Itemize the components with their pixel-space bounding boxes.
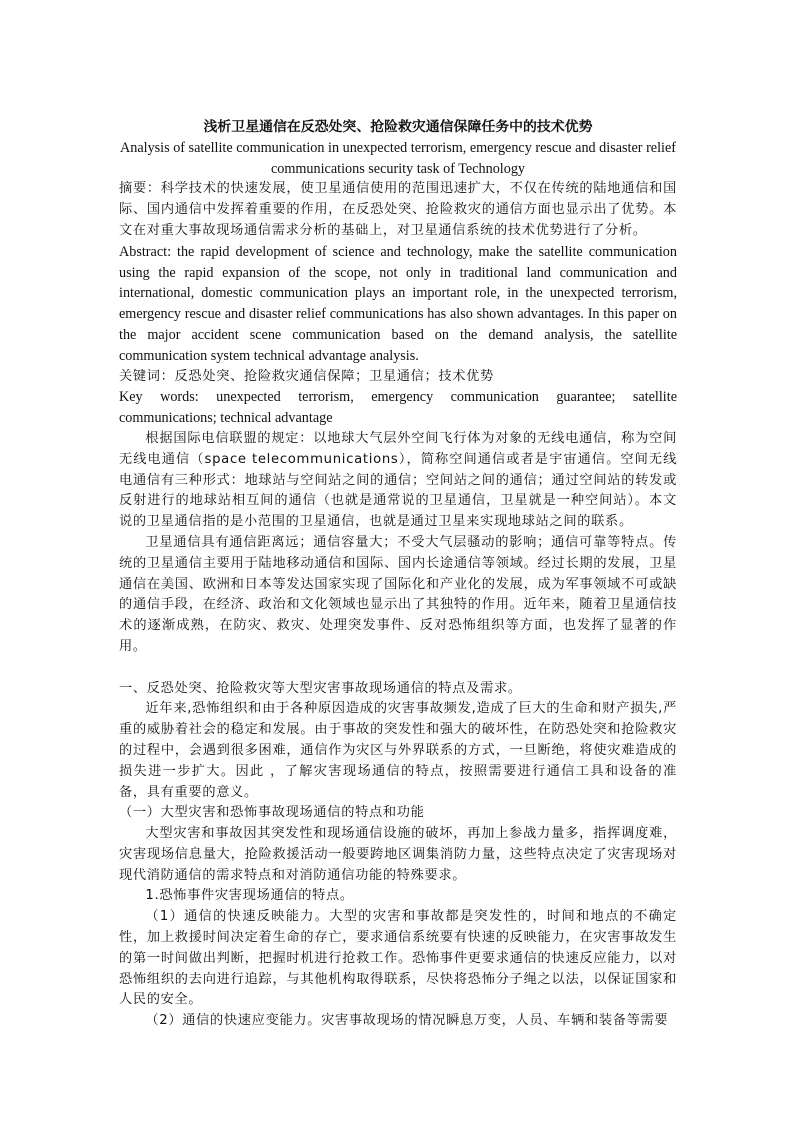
body-paragraph: 卫星通信具有通信距离远；通信容量大；不受大气层骚动的影响；通信可靠等特点。传统的… [119,533,677,658]
subsection-heading: （一）大型灾害和恐怖事故现场通信的特点和功能 [119,803,677,824]
list-item: （2）通信的快速应变能力。灾害事故现场的情况瞬息万变，人员、车辆和装备等需要 [119,1011,677,1032]
title-en: Analysis of satellite communication in u… [119,138,677,180]
item-heading: 1.恐怖事件灾害现场通信的特点。 [119,886,677,907]
body-paragraph: 根据国际电信联盟的规定：以地球大气层外空间飞行体为对象的无线电通信，称为空间无线… [119,429,677,533]
keywords-cn: 关键词：反恐处突、抢险救灾通信保障；卫星通信；技术优势 [119,367,677,388]
keywords-en: Key words: unexpected terrorism, emergen… [119,387,677,429]
list-item: （1）通信的快速反映能力。大型的灾害和事故都是突发性的，时间和地点的不确定性，加… [119,907,677,1011]
title-cn: 浅析卫星通信在反恐处突、抢险救灾通信保障任务中的技术优势 [119,117,677,138]
spacer [119,658,677,679]
body-paragraph: 近年来,恐怖组织和由于各种原因造成的灾害事故频发,造成了巨大的生命和财产损失,严… [119,699,677,803]
abstract-cn: 摘要：科学技术的快速发展，使卫星通信使用的范围迅速扩大，不仅在传统的陆地通信和国… [119,179,677,241]
document-page: 浅析卫星通信在反恐处突、抢险救灾通信保障任务中的技术优势 Analysis of… [119,117,677,1032]
abstract-en: Abstract: the rapid development of scien… [119,242,677,367]
section-heading: 一、反恐处突、抢险救灾等大型灾害事故现场通信的特点及需求。 [119,679,677,700]
body-paragraph: 大型灾害和事故因其突发性和现场通信设施的破坏，再加上参战力量多，指挥调度难，灾害… [119,824,677,886]
